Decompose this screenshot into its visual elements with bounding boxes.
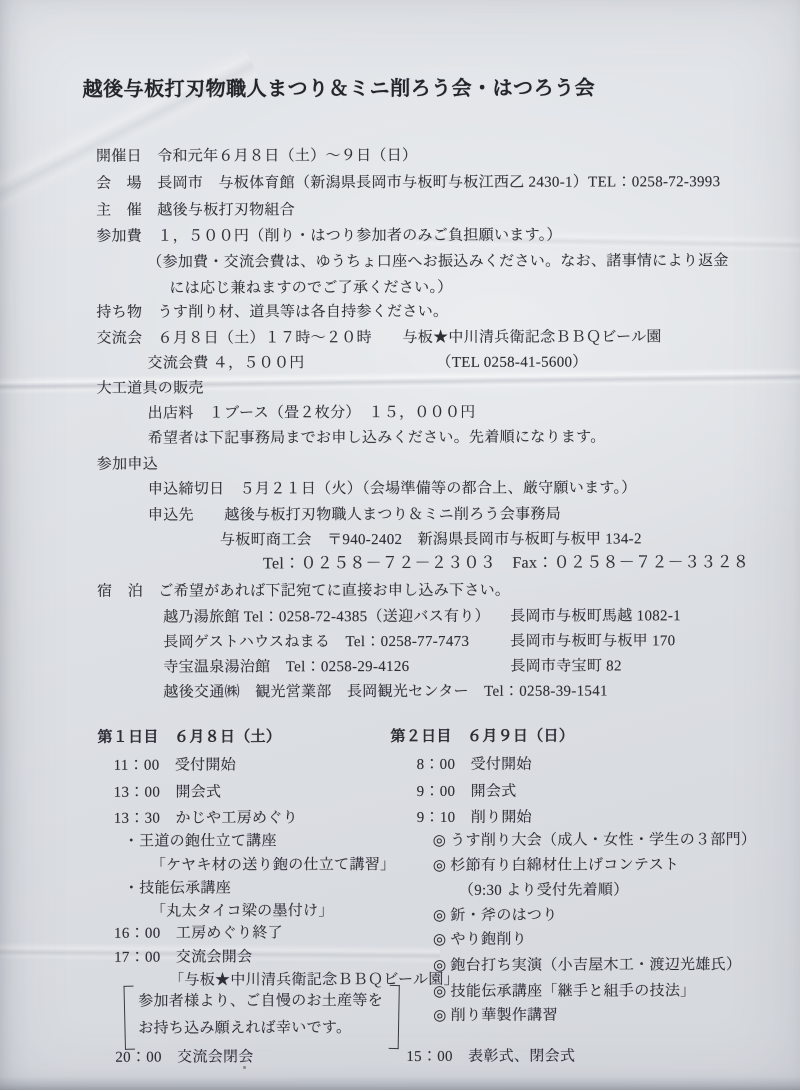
party-fee-line: 交流会費 ４，５００円（TEL 0258-41-5600） [148, 354, 305, 372]
day1-item: ・技能伝承講座 [124, 879, 231, 897]
day2-item: ◎ 釿・斧のはつり [433, 907, 558, 925]
hotel-name-tel: 寺宝温泉湯治館 Tel：0258-29-4126 [163, 659, 409, 676]
hotel-address: 長岡市与板町馬越 1082-1 [510, 607, 681, 625]
day1-item: 11：00 受付開始 [114, 756, 236, 774]
day1-item: ・王道の鉋仕立て講座 [124, 832, 277, 850]
hotel-address: 長岡市寺宝町 82 [510, 657, 621, 675]
day1-item: 16：00 工房めぐり終了 [114, 924, 283, 942]
hotel-line: 越乃湯旅館 Tel：0258-72-4385（送迎バス有り）長岡市与板町馬越 1… [163, 608, 490, 627]
day2-item: ◎ 削り華製作講習 [433, 1007, 558, 1025]
day1-item: 17：00 交流会開会 [114, 948, 252, 966]
bracket-left-decoration [123, 986, 135, 1050]
day1-bracket-note-line-2: お持ち込み願えれば幸いです。 [138, 1019, 351, 1038]
document-content: 越後与板打刃物職人まつり＆ミニ削ろう会・はつろう会 開催日 令和元年６月８日（土… [0, 0, 800, 1090]
tel-fax-line: Tel：０２５８－７２－２３０３ Fax：０２５８－７２－３３２８ [263, 554, 749, 573]
day1-item: 「丸太タイコ梁の墨付け」 [151, 902, 334, 920]
day2-item: ◎ 技能伝承講座「継手と組手の技法」 [433, 982, 695, 1001]
apply-to-line: 申込先 越後与板打刃物職人まつり＆ミニ削ろう会事務局 [148, 506, 561, 525]
event-date-line: 開催日 令和元年６月８日（土）～９日（日） [96, 147, 417, 166]
day1-bracket-note-line-1: 参加者様より、ご自慢のお土産等を [138, 992, 383, 1011]
day1-header: 第１日目 ６月８日（土） [97, 728, 281, 746]
hotel-line: 長岡ゲストハウスねまる Tel：0258-77-7473長岡市与板町与板甲 17… [163, 633, 469, 652]
hotel-address: 長岡市与板町与板甲 170 [510, 632, 675, 650]
booth-note-line: 希望者は下記事務局までお申し込みください。先着順になります。 [148, 428, 606, 447]
organizer-line: 主 催 越後与板打刃物組合 [96, 201, 295, 220]
hotel-line: 寺宝温泉湯治館 Tel：0258-29-4126長岡市寺宝町 82 [163, 658, 409, 677]
day2-item: ◎ うす削り大会（成人・女性・学生の３部門） [433, 831, 756, 850]
day2-item: ◎ 杉節有り白綿材仕上げコンテスト [433, 856, 679, 875]
tools-sale-header: 大工道具の販売 [97, 380, 204, 398]
booth-fee-line: 出店料 １ブース（畳２枚分） １５，０００円 [148, 404, 476, 423]
scanned-document: 越後与板打刃物職人まつり＆ミニ削ろう会・はつろう会 開催日 令和元年６月８日（土… [0, 0, 800, 1090]
hotel-name-tel: 越後交通㈱ 観光営業部 長岡観光センター Tel：0258-39-1541 [163, 683, 607, 700]
fee-note-line-2: には応じ兼ねますのでご了承ください。） [169, 279, 452, 298]
lodging-header: 宿 泊 ご希望があれば下記宛てに直接お申し込み下さい。 [97, 582, 510, 601]
day2-item: ◎ 鉋台打ち実演（小吉屋木工・渡辺光雄氏） [433, 956, 741, 975]
day1-item: 「与板★中川清兵衛記念ＢＢＱビール園」 [169, 971, 459, 990]
day1-closing-line: 20：00 交流会閉会 [115, 1048, 253, 1066]
fee-line: 参加費 １，５００円（削り・はつり参加者のみご負担願います。） [96, 227, 562, 246]
deadline-line: 申込締切日 ５月２１日（火）（会場準備等の都合上、厳守願います。） [148, 479, 637, 498]
venue-line: 会 場 長岡市 与板体育館（新潟県長岡市与板町与板江西乙 2430-1）TEL：… [96, 173, 720, 193]
day2-item: 9：10 削り開始 [417, 809, 532, 827]
bracket-right-decoration [389, 985, 400, 1049]
hotel-name-tel: 長岡ゲストハウスねまる Tel：0258-77-7473 [163, 634, 469, 651]
party-fee-text: 交流会費 ４，５００円 [148, 355, 305, 371]
apply-address-line: 与板町商工会 〒940-2402 新潟県長岡市与板町与板甲 134-2 [220, 530, 642, 549]
day2-header: 第２日目 ６月９日（日） [390, 728, 574, 746]
event-title: 越後与板打刃物職人まつり＆ミニ削ろう会・はつろう会 [0, 76, 679, 102]
day2-closing-line: 15：00 表彰式、閉会式 [406, 1048, 575, 1066]
day1-item: 13：30 かじや工房めぐり [114, 809, 298, 827]
party-tel-text: （TEL 0258-41-5600） [436, 354, 587, 372]
day2-item: （9:30 より受付先着順） [459, 881, 629, 899]
day1-item: 「ケヤキ材の送り鉋の仕立て講習」 [151, 856, 396, 875]
application-header: 参加申込 [97, 456, 158, 474]
party-line: 交流会 ６月８日（土）１７時～２０時 与板★中川清兵衛記念ＢＢＱビール園 [96, 328, 661, 347]
hotel-line: 越後交通㈱ 観光営業部 長岡観光センター Tel：0258-39-1541 [163, 682, 607, 701]
fee-note-line-1: （参加費・交流会費は、ゆうちょ口座へお振込みください。なお、諸事情により返金 [147, 252, 728, 272]
day1-item: 13：00 開会式 [114, 783, 222, 801]
day2-item: 9：00 開会式 [417, 783, 517, 801]
hotel-name-tel: 越乃湯旅館 Tel：0258-72-4385（送迎バス有り） [163, 609, 490, 626]
day2-item: 8：00 受付開始 [417, 756, 532, 774]
day2-item: ◎ やり鉋削り [433, 931, 527, 949]
belongings-line: 持ち物 うす削り材、道具等は各自持参ください。 [96, 303, 448, 322]
